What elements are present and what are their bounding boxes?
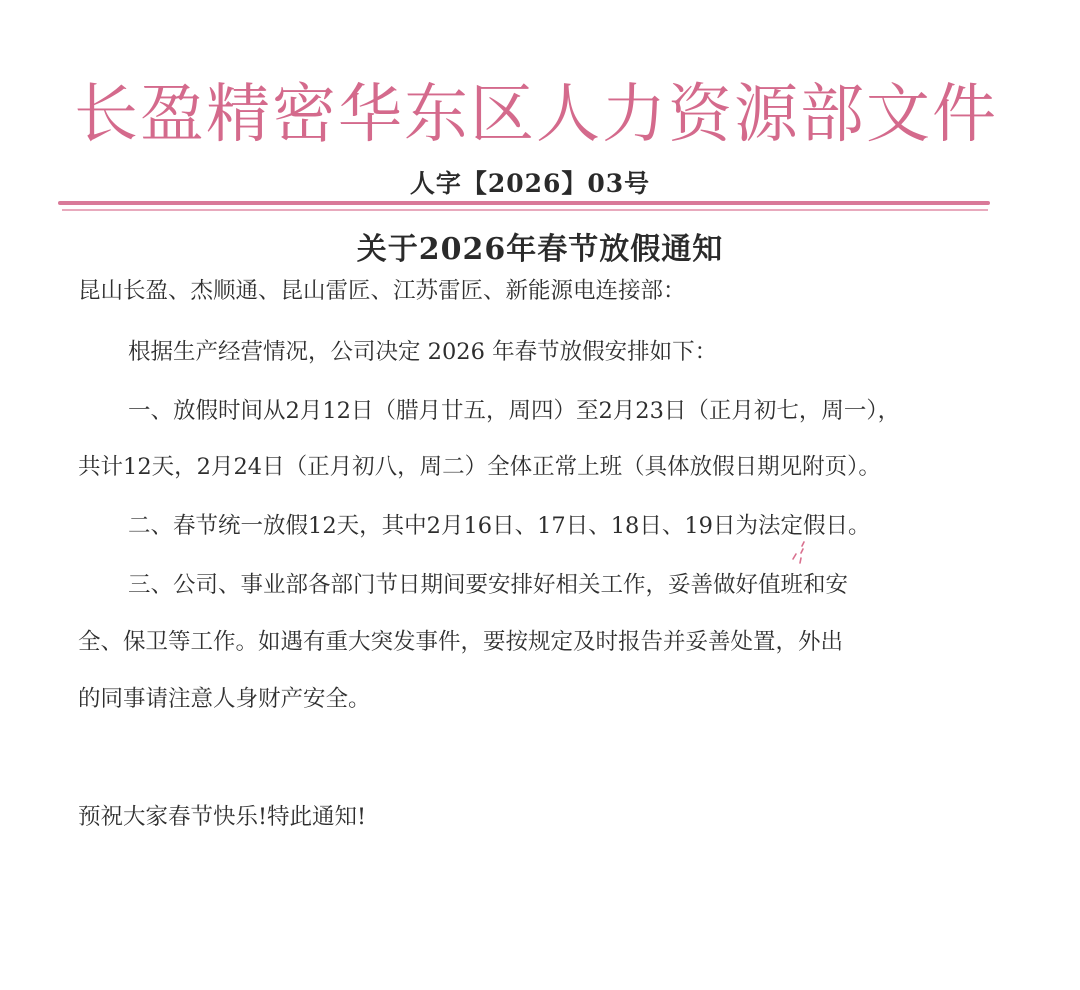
item-3-line-3: 的同事请注意人身财产安全。 <box>78 684 371 714</box>
recipients-line: 昆山长盈、杰顺通、昆山雷匠、江苏雷匠、新能源电连接部： <box>78 276 686 306</box>
notice-title: 关于2026年春节放假通知 <box>0 224 1080 268</box>
org-header-title: 长盈精密华东区人力资源部文件 <box>74 78 954 152</box>
item-1-line-2: 共计12天，2月24日（正月初八，周二）全体正常上班（具体放假日期见附页）。 <box>78 452 881 482</box>
item-2-line-1: 二、春节统一放假12天，其中2月16日、17日、18日、19日为法定假日。 <box>128 511 870 541</box>
intro-paragraph: 根据生产经营情况，公司决定 2026 年春节放假安排如下： <box>128 337 717 367</box>
item-3-line-2: 全、保卫等工作。如遇有重大突发事件，要按规定及时报告并妥善处置，外出 <box>78 627 843 657</box>
item-1-line-1: 一、放假时间从2月12日（腊月廿五，周四）至2月23日（正月初七，周一）， <box>128 396 900 426</box>
header-divider-thin <box>62 209 988 211</box>
item-3-line-1: 三、公司、事业部各部门节日期间要安排好相关工作，妥善做好值班和安 <box>128 570 848 600</box>
header-divider-thick <box>58 201 990 205</box>
closing-line: 预祝大家春节快乐!特此通知! <box>78 802 366 832</box>
stray-pen-mark-icon <box>786 540 816 568</box>
document-number: 人字【2026】03号 <box>0 164 1060 200</box>
